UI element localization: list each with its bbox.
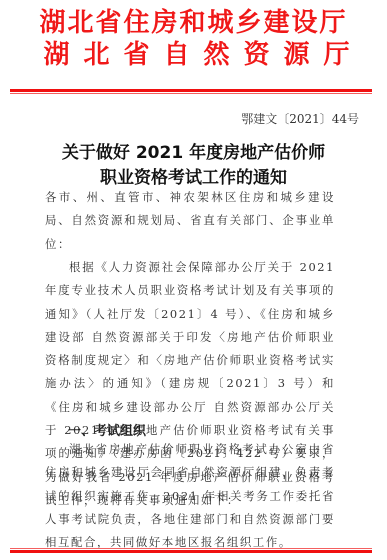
issuer-header-housing: 湖北省住房和城乡建设厅: [0, 8, 387, 38]
document-title-line1: 关于做好 2021 年度房地产估价师: [0, 138, 387, 163]
document-number: 鄂建文〔2021〕44号: [241, 110, 359, 127]
body-paragraph-2: 湖北省房地产估价师职业资格考试办公室由省住房和城乡建设厅会同省自然资源厅组建，负…: [45, 438, 335, 554]
addressee: 各市、州、直管市、神农架林区住房和城乡建设局、自然资源和规划局、省直有关部门、企…: [45, 186, 335, 256]
document-title-line2: 职业资格考试工作的通知: [0, 163, 387, 188]
section-heading-exam-organization: 一、考试组织: [68, 420, 146, 439]
footer-divider-thin: [10, 548, 372, 549]
footer-divider-thick: [10, 550, 372, 553]
header-divider-thin: [10, 93, 372, 94]
header-divider-thick: [10, 89, 372, 92]
issuer-header-natural-resources: 湖北省自然资源厅: [0, 40, 387, 70]
